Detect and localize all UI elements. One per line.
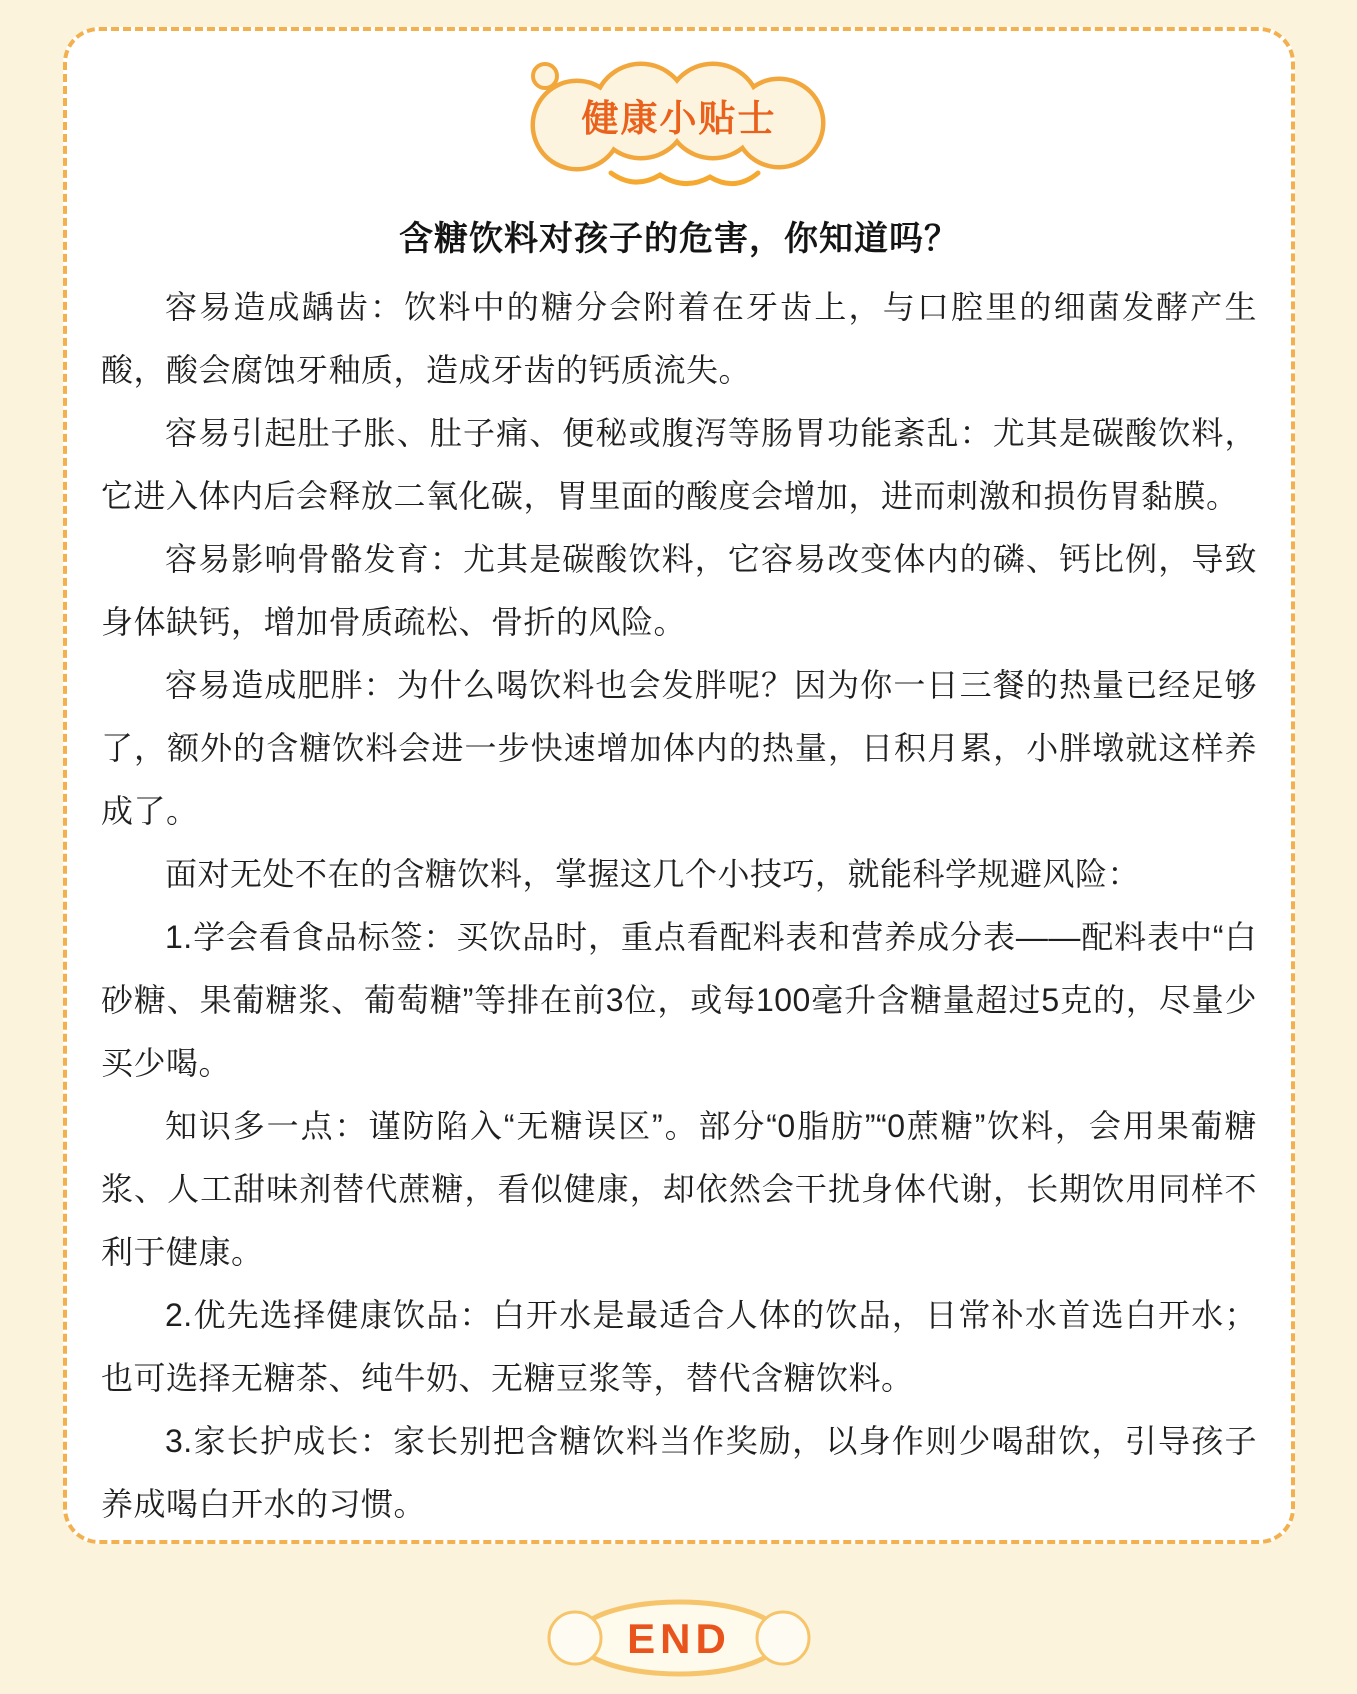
page-background: 健康小贴士 含糖饮料对孩子的危害，你知道吗？ 容易造成龋齿：饮料中的糖分会附着在…	[0, 0, 1357, 1694]
article-paragraph: 面对无处不在的含糖饮料，掌握这几个小技巧，就能科学规避风险：	[101, 843, 1257, 906]
cloud-badge-icon: 健康小贴士	[519, 59, 839, 189]
article-card: 健康小贴士 含糖饮料对孩子的危害，你知道吗？ 容易造成龋齿：饮料中的糖分会附着在…	[63, 27, 1295, 1544]
article-title: 含糖饮料对孩子的危害，你知道吗？	[101, 211, 1257, 260]
article-paragraph: 容易造成肥胖：为什么喝饮料也会发胖呢？因为你一日三餐的热量已经足够了，额外的含糖…	[101, 654, 1257, 843]
wave-underline-icon	[611, 173, 758, 184]
article-body: 容易造成龋齿：饮料中的糖分会附着在牙齿上，与口腔里的细菌发酵产生酸，酸会腐蚀牙釉…	[101, 276, 1257, 1536]
article-paragraph: 容易造成龋齿：饮料中的糖分会附着在牙齿上，与口腔里的细菌发酵产生酸，酸会腐蚀牙釉…	[101, 276, 1257, 402]
article-paragraph: 3.家长护成长：家长别把含糖饮料当作奖励，以身作则少喝甜饮，引导孩子养成喝白开水…	[101, 1410, 1257, 1536]
circle-decoration-icon	[533, 64, 557, 88]
article-paragraph: 1.学会看食品标签：买饮品时，重点看配料表和营养成分表——配料表中“白砂糖、果葡…	[101, 906, 1257, 1095]
end-badge-icon: END	[529, 1588, 829, 1688]
end-label: END	[627, 1615, 731, 1662]
article-paragraph: 容易引起肚子胀、肚子痛、便秘或腹泻等肠胃功能紊乱：尤其是碳酸饮料，它进入体内后会…	[101, 402, 1257, 528]
article-paragraph: 容易影响骨骼发育：尤其是碳酸饮料，它容易改变体内的磷、钙比例，导致身体缺钙，增加…	[101, 528, 1257, 654]
end-left-circle-icon	[549, 1612, 601, 1664]
badge-label: 健康小贴士	[582, 97, 777, 139]
end-badge: END	[0, 1588, 1357, 1688]
health-tips-badge: 健康小贴士	[519, 59, 839, 189]
article-paragraph: 知识多一点：谨防陷入“无糖误区”。部分“0脂肪”“0蔗糖”饮料，会用果葡糖浆、人…	[101, 1095, 1257, 1284]
end-right-circle-icon	[757, 1612, 809, 1664]
article-paragraph: 2.优先选择健康饮品：白开水是最适合人体的饮品，日常补水首选白开水；也可选择无糖…	[101, 1284, 1257, 1410]
